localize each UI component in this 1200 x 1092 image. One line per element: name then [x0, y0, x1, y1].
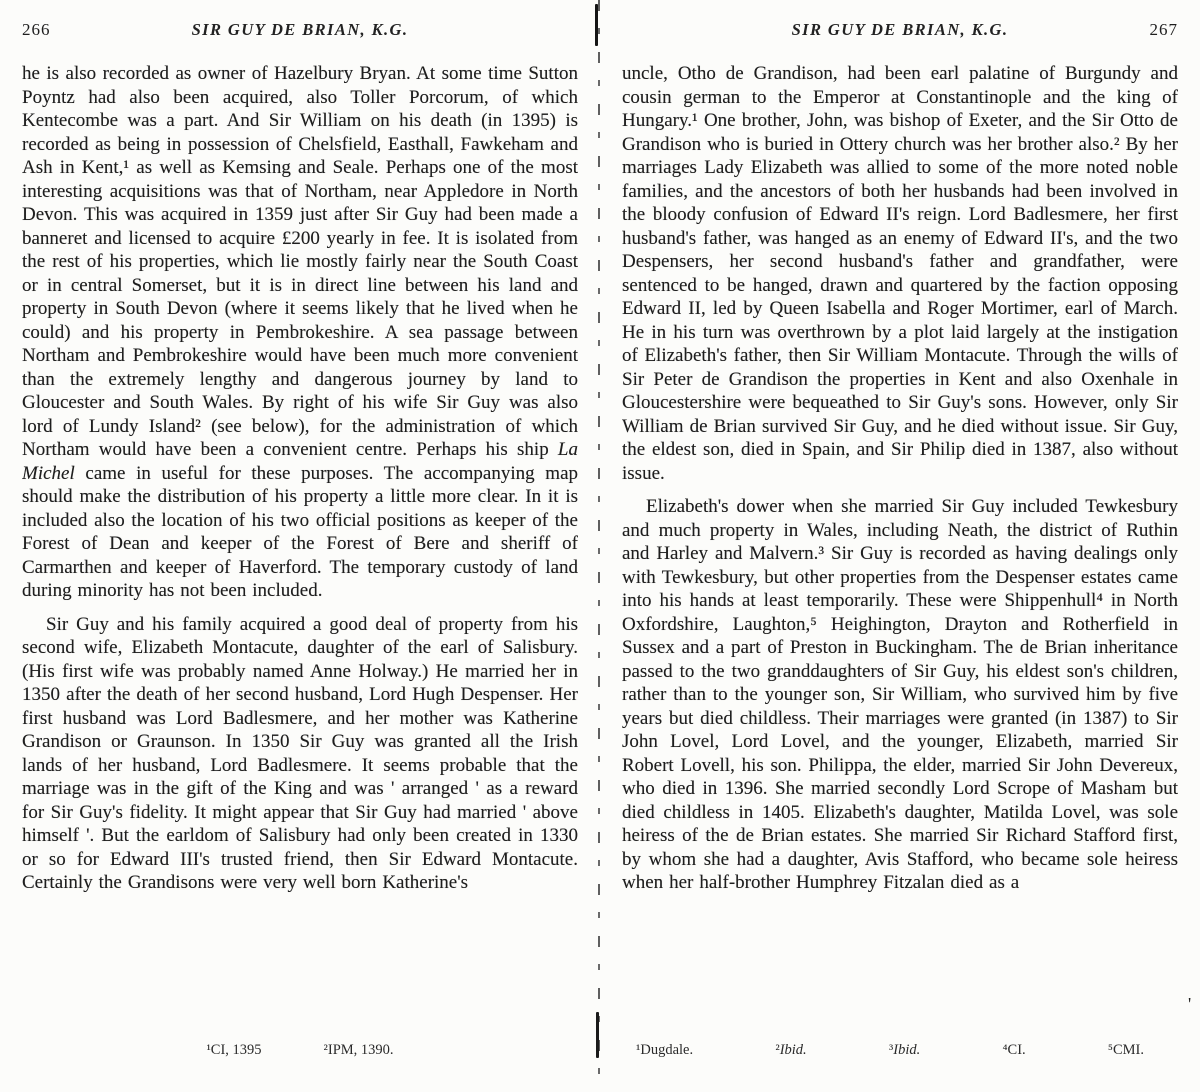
footnotes: ¹Dugdale.²Ibid.³Ibid.⁴CI.⁵CMI.: [622, 1042, 1178, 1059]
binding-mark-bottom: [596, 1012, 599, 1058]
paragraph: Elizabeth's dower when she married Sir G…: [622, 495, 1178, 895]
page-number: 266: [22, 20, 80, 40]
page-266: 266 SIR GUY DE BRIAN, K.G. he is also re…: [22, 20, 578, 1044]
footnote: ²IPM, 1390.: [324, 1042, 394, 1059]
page-header: 266 SIR GUY DE BRIAN, K.G.: [22, 20, 578, 48]
footnote: ⁴CI.: [1002, 1042, 1025, 1059]
footnote: ³Ibid.: [889, 1042, 920, 1059]
page-header: SIR GUY DE BRIAN, K.G. 267: [622, 20, 1178, 48]
binding-gutter-line: [598, 0, 600, 1092]
page-number: 267: [1120, 20, 1178, 40]
page-text: he is also recorded as owner of Hazelbur…: [22, 62, 578, 1044]
footnote: ⁵CMI.: [1108, 1042, 1144, 1059]
page-text: uncle, Otho de Grandison, had been earl …: [622, 62, 1178, 1044]
footnote: ¹Dugdale.: [636, 1042, 693, 1059]
paragraph: uncle, Otho de Grandison, had been earl …: [622, 62, 1178, 485]
scan-artifact-mark: ': [1188, 994, 1191, 1015]
footnote: ¹CI, 1395: [206, 1042, 261, 1059]
footnote: ²Ibid.: [775, 1042, 806, 1059]
footnotes: ¹CI, 1395²IPM, 1390.: [22, 1042, 578, 1059]
running-title: SIR GUY DE BRIAN, K.G.: [680, 20, 1120, 40]
page-267: SIR GUY DE BRIAN, K.G. 267 uncle, Otho d…: [622, 20, 1178, 1044]
paragraph: Sir Guy and his family acquired a good d…: [22, 613, 578, 895]
paragraph: he is also recorded as owner of Hazelbur…: [22, 62, 578, 603]
running-title: SIR GUY DE BRIAN, K.G.: [80, 20, 520, 40]
